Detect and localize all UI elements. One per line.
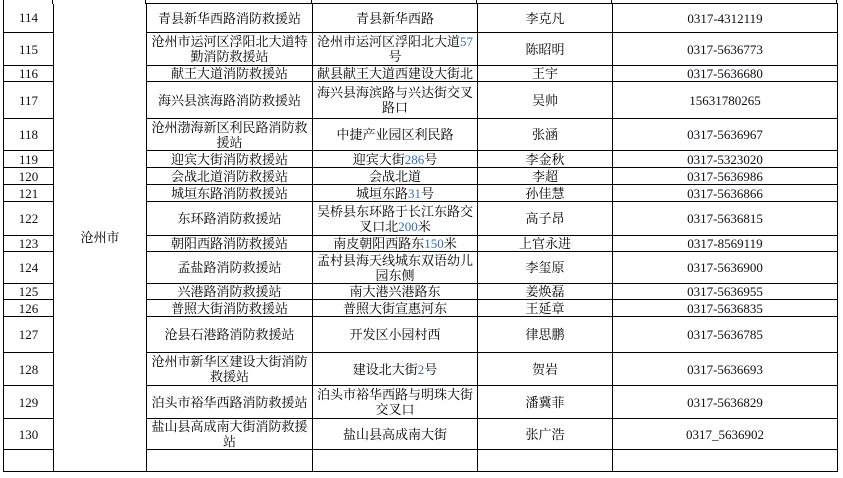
address-cell: 建设北大街2号 <box>313 353 478 386</box>
contact-name-cell: 李玺原 <box>478 252 613 284</box>
address-cell: 开发区小园村西 <box>313 317 478 353</box>
row-number-cell: 117 <box>4 82 54 119</box>
row-number-cell: 125 <box>4 284 54 300</box>
address-cell: 会战北道 <box>313 168 478 185</box>
contact-name-cell: 王宇 <box>478 66 613 82</box>
address-number: 200 <box>398 219 418 234</box>
address-number: 150 <box>424 236 444 251</box>
address-number: 31 <box>408 186 421 201</box>
address-cell: 城垣东路31号 <box>313 185 478 202</box>
row-number-cell: 128 <box>4 353 54 386</box>
station-name-cell: 孟盐路消防救援站 <box>147 252 313 284</box>
contact-name-cell: 张涵 <box>478 119 613 151</box>
contact-name-cell: 王延章 <box>478 300 613 317</box>
row-number-cell: 130 <box>4 419 54 450</box>
contact-name-cell: 吴帅 <box>478 82 613 119</box>
station-name-cell: 海兴县滨海路消防救援站 <box>147 82 313 119</box>
station-name-cell: 普照大街消防救援站 <box>147 300 313 317</box>
table-row: 114沧州市青县新华西路消防救援站青县新华西路李克凡0317-4312119 <box>4 4 838 33</box>
station-name-cell: 兴港路消防救援站 <box>147 284 313 300</box>
address-cell: 南大港兴港路东 <box>313 284 478 300</box>
contact-name-cell: 潘冀菲 <box>478 386 613 419</box>
phone-cell: 0317-8569119 <box>613 236 838 252</box>
row-number-cell: 115 <box>4 33 54 66</box>
station-name-cell: 沧县石港路消防救援站 <box>147 317 313 353</box>
row-number-cell: 119 <box>4 151 54 168</box>
address-cell: 献县献王大道西建设大街北 <box>313 66 478 82</box>
phone-cell: 0317-5636785 <box>613 317 838 353</box>
address-number: 2 <box>418 362 425 377</box>
address-cell: 泊头市裕华西路与明珠大街交叉口 <box>313 386 478 419</box>
address-cell: 孟村县海天线城东双语幼儿园东侧 <box>313 252 478 284</box>
no-cell-empty <box>4 450 54 472</box>
phone-cell: 0317-5636680 <box>613 66 838 82</box>
row-number-cell: 116 <box>4 66 54 82</box>
address-cell: 海兴县海滨路与兴达街交叉路口 <box>313 82 478 119</box>
address-number: 286 <box>405 152 425 167</box>
address-cell: 青县新华西路 <box>313 4 478 33</box>
phone-cell: 0317-5636693 <box>613 353 838 386</box>
station-name-cell: 沧州市新华区建设大街消防救援站 <box>147 353 313 386</box>
phone-cell: 0317-5636773 <box>613 33 838 66</box>
phone-cell: 0317-5636835 <box>613 300 838 317</box>
contact-name-cell: 贺岩 <box>478 353 613 386</box>
station-table-body: 114沧州市青县新华西路消防救援站青县新华西路李克凡0317-431211911… <box>4 4 838 472</box>
phone-cell: 0317-4312119 <box>613 4 838 33</box>
station-name-cell: 盐山县高成南大街消防救援站 <box>147 419 313 450</box>
station-name-cell: 城垣东路消防救援站 <box>147 185 313 202</box>
phone-cell: 0317-5636829 <box>613 386 838 419</box>
row-number-cell: 126 <box>4 300 54 317</box>
row-number-cell: 127 <box>4 317 54 353</box>
contact-name-cell: 姜焕磊 <box>478 284 613 300</box>
address-cell: 吴桥县东环路于长江东路交叉口北200米 <box>313 202 478 236</box>
row-number-cell: 123 <box>4 236 54 252</box>
station-name-cell: 沧州渤海新区利民路消防救援站 <box>147 119 313 151</box>
row-number-cell: 129 <box>4 386 54 419</box>
address-cell: 中捷产业园区利民路 <box>313 119 478 151</box>
station-cell-empty <box>147 450 313 472</box>
station-name-cell: 献王大道消防救援站 <box>147 66 313 82</box>
address-cell: 盐山县高成南大街 <box>313 419 478 450</box>
row-number-cell: 118 <box>4 119 54 151</box>
contact-name-cell: 李超 <box>478 168 613 185</box>
station-name-cell: 泊头市裕华西路消防救援站 <box>147 386 313 419</box>
station-name-cell: 会战北道消防救援站 <box>147 168 313 185</box>
row-number-cell: 120 <box>4 168 54 185</box>
phone-cell: 0317-5636986 <box>613 168 838 185</box>
phone-cell: 0317_5636902 <box>613 419 838 450</box>
address-cell: 迎宾大街286号 <box>313 151 478 168</box>
phone-cell: 0317-5636955 <box>613 284 838 300</box>
address-cell: 普照大街宣惠河东 <box>313 300 478 317</box>
contact-name-cell: 孙佳慧 <box>478 185 613 202</box>
station-name-cell: 朝阳西路消防救援站 <box>147 236 313 252</box>
contact-table-screenshot: 114沧州市青县新华西路消防救援站青县新华西路李克凡0317-431211911… <box>0 0 843 478</box>
contact-name-cell: 李克凡 <box>478 4 613 33</box>
phone-cell: 0317-5636967 <box>613 119 838 151</box>
row-number-cell: 121 <box>4 185 54 202</box>
row-number-cell: 124 <box>4 252 54 284</box>
address-cell: 南皮朝阳西路东150米 <box>313 236 478 252</box>
address-cell: 沧州市运河区浮阳北大道57号 <box>313 33 478 66</box>
contact-name-cell: 上官永进 <box>478 236 613 252</box>
contact-name-cell: 高子昂 <box>478 202 613 236</box>
row-number-cell: 114 <box>4 4 54 33</box>
contact-name-cell: 陈昭明 <box>478 33 613 66</box>
station-name-cell: 迎宾大街消防救援站 <box>147 151 313 168</box>
row-number-cell: 122 <box>4 202 54 236</box>
city-merged-cell: 沧州市 <box>54 4 147 472</box>
address-number: 57 <box>460 34 473 49</box>
contact-name-cell: 李金秋 <box>478 151 613 168</box>
phone-cell: 0317-5636866 <box>613 185 838 202</box>
station-name-cell: 沧州市运河区浮阳北大道特勤消防救援站 <box>147 33 313 66</box>
station-name-cell: 青县新华西路消防救援站 <box>147 4 313 33</box>
contact-name-cell: 律思鹏 <box>478 317 613 353</box>
contact-name-cell: 张广浩 <box>478 419 613 450</box>
phone-cell: 0317-5636815 <box>613 202 838 236</box>
phone-cell-empty <box>613 450 838 472</box>
addr-cell-empty <box>313 450 478 472</box>
phone-cell: 0317-5323020 <box>613 151 838 168</box>
station-name-cell: 东环路消防救援站 <box>147 202 313 236</box>
phone-cell: 0317-5636900 <box>613 252 838 284</box>
contact-cell-empty <box>478 450 613 472</box>
phone-cell: 15631780265 <box>613 82 838 119</box>
fire-station-contact-table: 114沧州市青县新华西路消防救援站青县新华西路李克凡0317-431211911… <box>3 3 838 472</box>
